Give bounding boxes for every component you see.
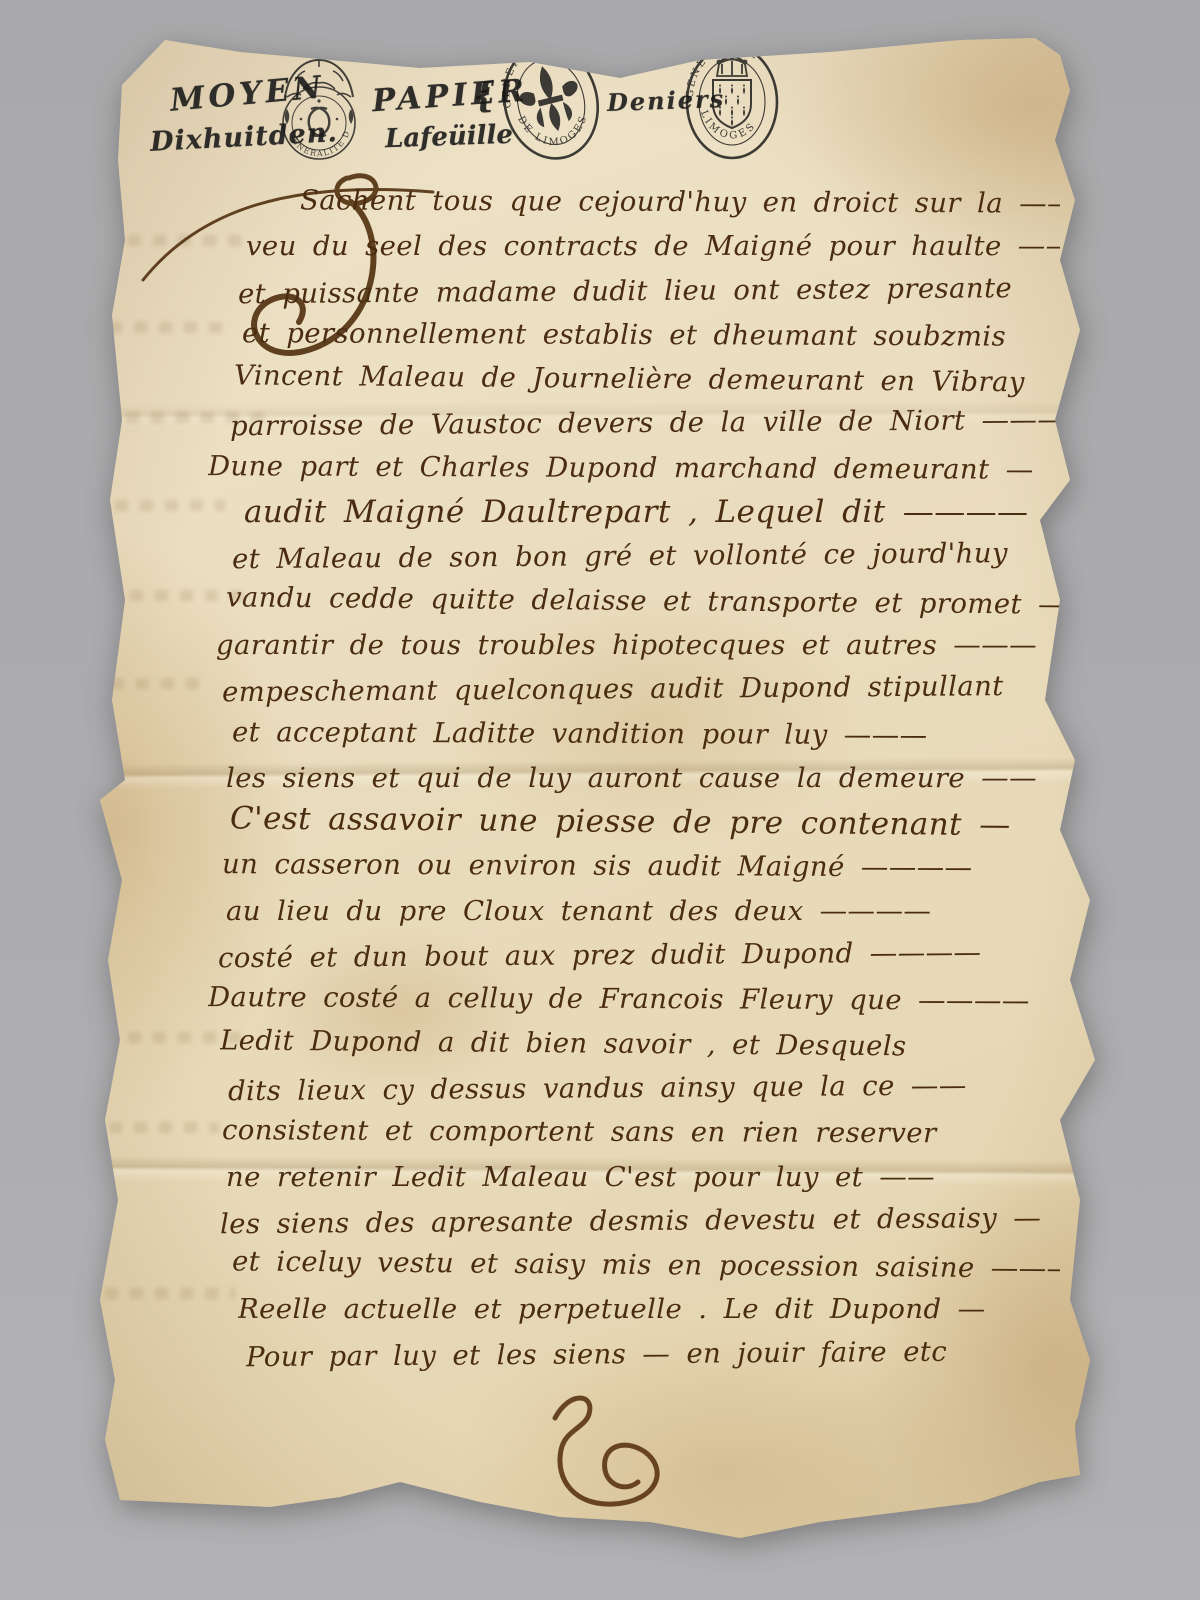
printed-brace-glyph: { bbox=[471, 75, 497, 117]
manuscript-line: veu du seel des contracts de Maigné pour… bbox=[246, 224, 1060, 268]
manuscript-line: C'est assavoir une piesse de pre contena… bbox=[230, 797, 1060, 849]
crowned-ermine-shield-stamp-icon: GENERALITE LIMOGES bbox=[679, 40, 785, 166]
manuscript-line: Ledit Dupond a dit bien savoir , et Desq… bbox=[220, 1018, 1060, 1070]
manuscript-line: vandu cedde quitte delaisse et transport… bbox=[226, 575, 1060, 627]
svg-text:GENERALITE: GENERALITE bbox=[495, 35, 577, 110]
closing-paraph-flourish bbox=[515, 1386, 775, 1556]
manuscript-line: audit Maigné Daultrepart , Lequel dit ——… bbox=[244, 490, 1060, 534]
manuscript-line: les siens des apresante desmis devestu e… bbox=[220, 1196, 1060, 1247]
manuscript-line: Pour par luy et les siens — en jouir fai… bbox=[246, 1329, 1060, 1380]
manuscript-line: garantir de tous troubles hipotecques et… bbox=[216, 623, 1060, 667]
manuscript-line: et personnellement establis et dheumant … bbox=[242, 311, 1060, 359]
manuscript-line: costé et dun bout aux prez dudit Dupond … bbox=[218, 930, 1060, 981]
manuscript-line: Vincent Maleau de Journelière demeurant … bbox=[234, 354, 1060, 406]
manuscript-line: et acceptant Laditte vandition pour luy … bbox=[232, 710, 1060, 758]
photo-backdrop: MOYEN Dixhuitden. PAPIER { Lafeüille Den… bbox=[0, 0, 1200, 1600]
manuscript-line: ne retenir Ledit Maleau C'est pour luy e… bbox=[226, 1155, 1060, 1199]
bleed-through-writing bbox=[111, 678, 211, 689]
manuscript-line: et iceluy vestu et saisy mis en pocessio… bbox=[232, 1240, 1060, 1292]
manuscript-paper-sheet: MOYEN Dixhuitden. PAPIER { Lafeüille Den… bbox=[95, 30, 1107, 1562]
fleur-de-lis-generalite-stamp-icon: GENERALITE DE LIMOGES bbox=[495, 34, 607, 170]
ink-damage-spot bbox=[1075, 1414, 1092, 1438]
manuscript-line: Sachent tous que cejourd'huy en droict s… bbox=[300, 178, 1060, 226]
manuscript-line: empeschemant quelconques audit Dupond st… bbox=[222, 664, 1060, 715]
manuscript-line: Dautre costé a celluy de Francois Fleury… bbox=[208, 975, 1060, 1023]
manuscript-line: un casseron ou environ sis audit Maigné … bbox=[222, 843, 1060, 891]
manuscript-line: parroisse de Vaustoc devers de la ville … bbox=[230, 398, 1060, 449]
bleed-through-writing bbox=[109, 1122, 219, 1133]
manuscript-text-block: Sachent tous que cejourd'huy en droict s… bbox=[208, 180, 1060, 1376]
manuscript-line: et Maleau de son bon gré et vollonté ce … bbox=[232, 531, 1060, 582]
manuscript-line: et puissante madame dudit lieu ont estez… bbox=[238, 265, 1060, 316]
manuscript-line: dits lieux cy dessus vandus ainsy que la… bbox=[228, 1063, 1060, 1114]
manuscript-line: les siens et qui de luy auront cause la … bbox=[226, 756, 1060, 800]
crowned-royal-cipher-stamp-icon: GENERALITE DE LIMOGES bbox=[267, 50, 371, 170]
manuscript-line: Dune part et Charles Dupond marchand dem… bbox=[208, 444, 1060, 492]
manuscript-line: Reelle actuelle et perpetuelle . Le dit … bbox=[238, 1287, 1060, 1331]
manuscript-line: consistent et comportent sans en rien re… bbox=[222, 1108, 1060, 1156]
manuscript-line: au lieu du pre Cloux tenant des deux ———… bbox=[226, 889, 1060, 933]
